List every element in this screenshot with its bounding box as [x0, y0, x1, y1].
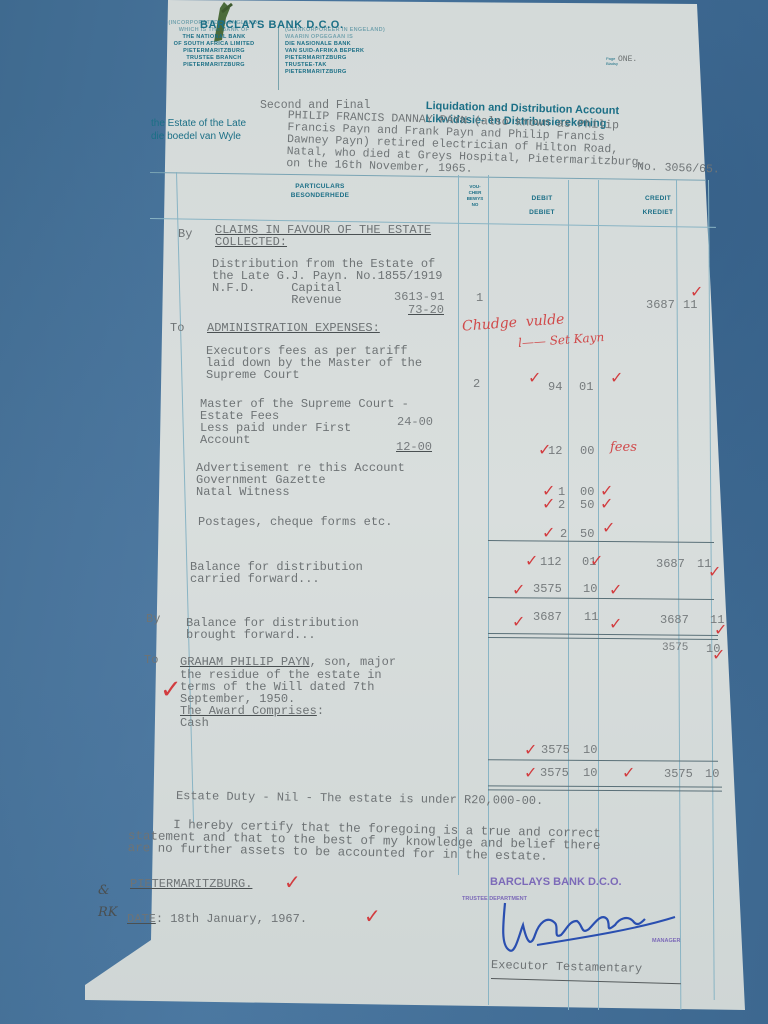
entry-prefix-to-2: To: [144, 654, 158, 666]
debit-bf: 3687: [533, 610, 562, 624]
certification-date: DATE: 18th January, 1967.: [127, 913, 307, 925]
debit-witness-cents: 50: [580, 498, 594, 512]
red-tick-icon: ✓: [542, 494, 555, 513]
estate-fees-amount: 24-00: [397, 415, 433, 429]
entry-postages: Postages, cheque forms etc.: [198, 516, 392, 528]
bank-address-af: (GEINKORPOREER IN ENGELAND) WAARIN OPGEG…: [285, 27, 395, 76]
red-fees-note: fees: [610, 440, 637, 455]
debit-executors-fees: 94: [548, 380, 562, 394]
entry-claims-heading: CLAIMS IN FAVOUR OF THE ESTATE COLLECTED…: [215, 224, 431, 248]
red-tick-icon: ✓: [538, 440, 551, 459]
red-tick-icon: ✓: [708, 562, 721, 581]
red-tick-icon: ✓: [610, 368, 623, 387]
red-tick-icon: ✓: [528, 368, 541, 387]
entry-prefix-by-1: By: [178, 228, 192, 240]
deceased-details: PHILIP FRANCIS DANNAY PAYN (also known a…: [286, 110, 647, 181]
red-tick-icon: ✓: [524, 763, 537, 782]
entry-balance-cf: Balance for distribution carried forward…: [190, 561, 363, 585]
red-tick-icon: ✓: [590, 551, 603, 570]
red-tick-icon: ✓: [712, 645, 725, 664]
margin-initials: &RK: [98, 880, 118, 924]
header-debit: DEBIT DEBIET: [512, 192, 572, 220]
entry-advertisement: Advertisement re this Account Government…: [196, 462, 405, 498]
heir-description: , son, major: [310, 655, 396, 669]
debit-balance-cf: 3575: [533, 582, 562, 596]
certification-place: PIETERMARITZBURG.: [130, 878, 252, 890]
red-tick-icon: ✓: [542, 523, 555, 542]
red-tick-icon: ✓: [364, 904, 381, 928]
debit-final-total-cents: 10: [583, 766, 597, 780]
red-tick-icon: ✓: [622, 763, 635, 782]
capital-amount: 3613-91: [394, 290, 444, 304]
debit-postages-cents: 50: [580, 527, 594, 541]
red-tick-icon: ✓: [512, 612, 525, 631]
entry-heir-details: the residue of the estate in terms of th…: [180, 669, 382, 729]
signature-role: Executor Testamentary: [491, 959, 642, 975]
credit-balance-bf: 3575: [662, 642, 688, 654]
entry-prefix-by-2: By: [146, 613, 160, 625]
col-debit-left: [488, 175, 489, 1005]
bank-address-en: (INCORPORATED IN ENGLAND) WHICH IS THE B…: [160, 20, 268, 69]
voucher-2: 2: [473, 377, 480, 391]
date-label: DATE: [127, 912, 156, 926]
header-voucher: VOU- CHER BEWYS NO: [460, 184, 490, 208]
red-tick-icon: ✓: [284, 870, 301, 894]
red-tick-icon: ✓: [512, 580, 525, 599]
credit-total: 3687: [656, 557, 685, 571]
revenue-amount: 73-20: [408, 303, 444, 317]
header-divider: [278, 28, 279, 90]
debit-gazette-cents: 00: [580, 485, 594, 499]
debit-postages: 2: [560, 527, 567, 541]
entry-balance-bf: Balance for distribution brought forward…: [186, 617, 359, 641]
red-tick-icon: ✓: [602, 518, 615, 537]
debit-cash-cents: 10: [583, 743, 597, 757]
header-particulars: PARTICULARS BESONDERHEDE: [270, 182, 370, 200]
debit-total: 112: [540, 555, 562, 569]
entry-master-fees: Master of the Supreme Court - Estate Fee…: [200, 398, 409, 446]
debit-bf-cents: 11: [584, 610, 598, 624]
estate-label: the Estate of the Late die boedel van Wy…: [151, 117, 246, 143]
debit-cash: 3575: [541, 743, 570, 757]
entry-heir: GRAHAM PHILIP PAYN, son, major: [180, 656, 396, 668]
credit-final-total: 3575: [664, 767, 693, 781]
debit-gazette: 1: [558, 485, 565, 499]
credit-distribution: 3687: [646, 298, 675, 312]
red-tick-icon: ✓: [524, 740, 537, 759]
voucher-1: 1: [476, 291, 483, 305]
entry-admin-expenses: ADMINISTRATION EXPENSES:: [207, 322, 380, 334]
credit-bf: 3687: [660, 613, 689, 627]
red-tick-icon: ✓: [690, 282, 703, 301]
stamp-bank-name: BARCLAYS BANK D.C.O.: [490, 876, 622, 888]
less-paid-amount: 12-00: [396, 440, 432, 454]
executor-signature: [497, 895, 697, 965]
red-tick-icon: ✓: [600, 494, 613, 513]
red-tick-icon: ✓: [609, 614, 622, 633]
page-label: Page Bladsy: [606, 57, 618, 66]
page-number: ONE.: [618, 55, 637, 64]
debit-master-fees-cents: 00: [580, 444, 594, 458]
header-credit: CREDIT KREDIET: [628, 192, 688, 220]
entry-prefix-to-1: To: [170, 322, 184, 334]
credit-final-total-cents: 10: [705, 767, 719, 781]
debit-witness: 2: [558, 498, 565, 512]
red-tick-icon: ✓: [609, 580, 622, 599]
entry-executors-fees: Executors fees as per tariff laid down b…: [206, 345, 422, 381]
red-tick-icon: ✓: [714, 620, 727, 639]
red-tick-icon: ✓: [525, 551, 538, 570]
red-tick-icon: ✓: [160, 675, 182, 705]
debit-balance-cf-cents: 10: [583, 582, 597, 596]
col-voucher-left: [458, 175, 459, 875]
debit-final-total: 3575: [540, 766, 569, 780]
debit-executors-fees-cents: 01: [579, 380, 593, 394]
